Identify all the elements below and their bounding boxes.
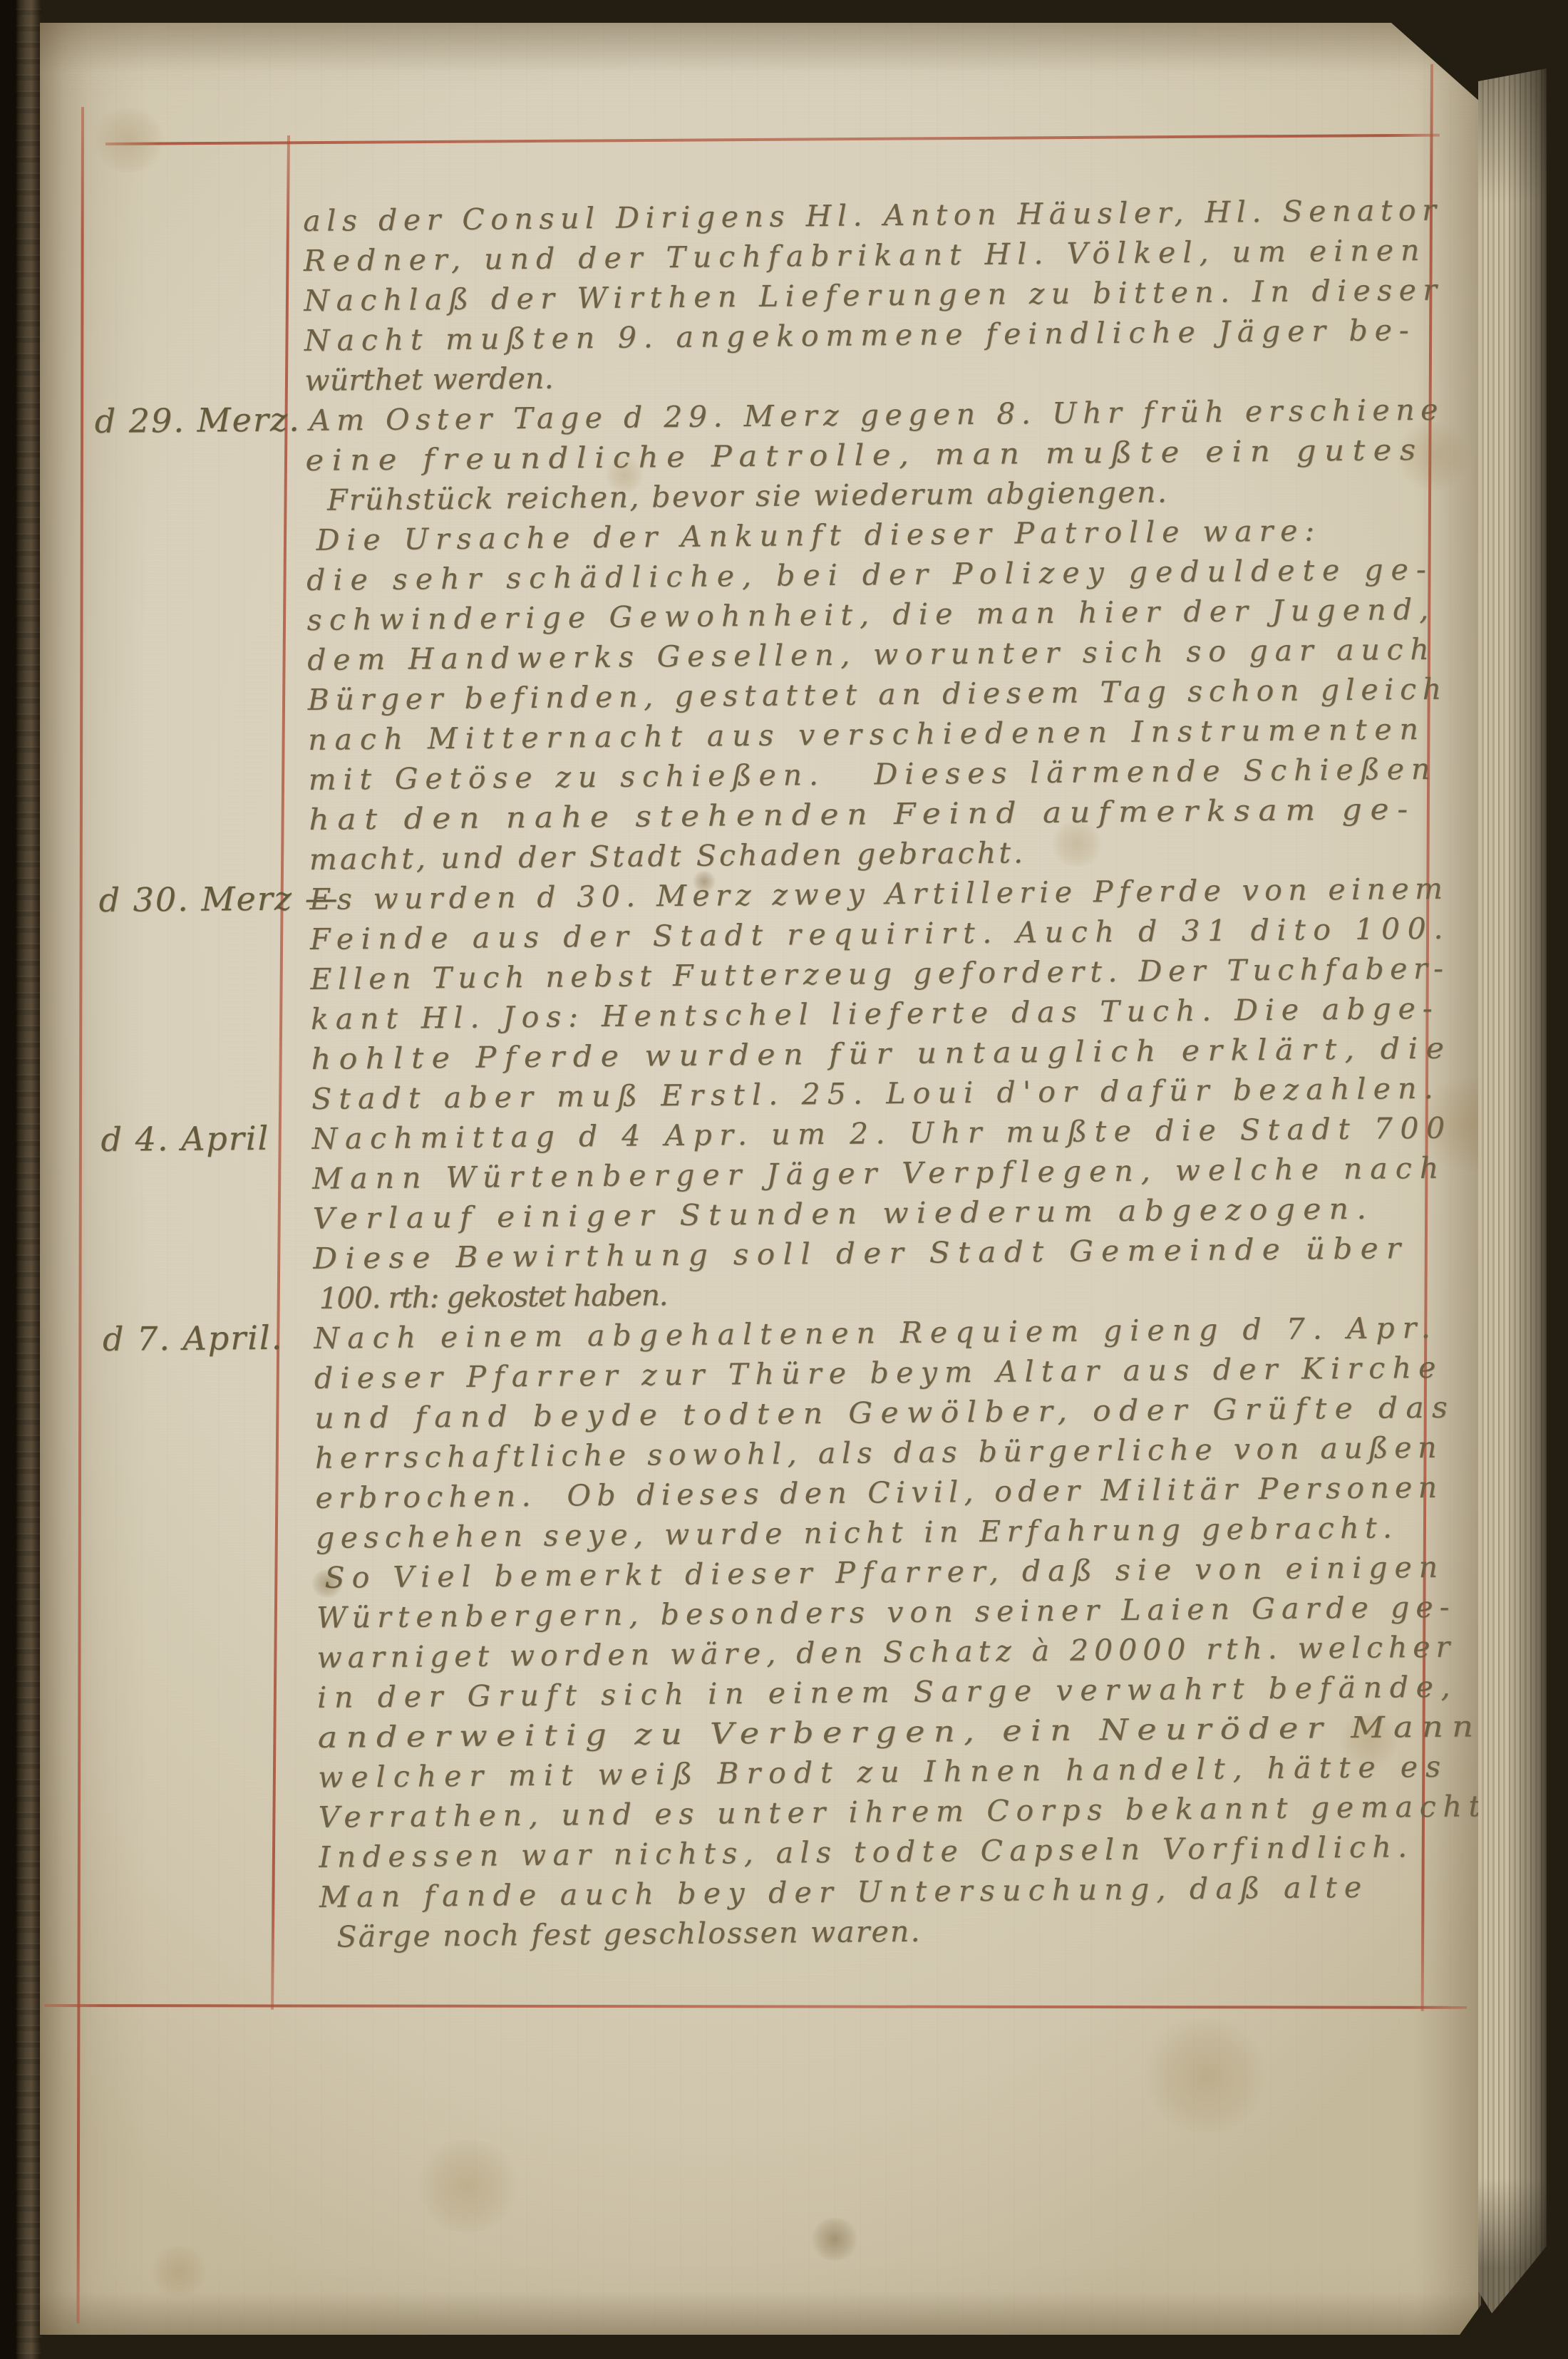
margin-date: d 7. April. — [103, 1318, 284, 1358]
margin-column: d 29. Merz.d 30. Merz —d 4. Aprild 7. Ap… — [86, 21, 306, 2004]
manuscript-line-text: macht, und der Stadt Schaden gebracht. — [309, 832, 1026, 879]
manuscript-line-text: 100. rth: gekostet haben. — [319, 1275, 668, 1318]
margin-date: d 30. Merz — — [98, 879, 339, 919]
manuscript-line-text: Särge noch fest geschlossen waren. — [336, 1911, 922, 1957]
book-scan: { "document": { "kind": "handwritten-chr… — [0, 0, 1568, 2359]
page-bottom-shade — [40, 2292, 1481, 2335]
margin-date: d 29. Merz. — [94, 400, 300, 440]
text-column: als der Consul Dirigens Hl. Anton Häusle… — [301, 12, 1453, 1957]
page-edge-shade — [1478, 68, 1547, 2313]
margin-date: d 4. April — [100, 1119, 269, 1159]
manuscript-page: d 29. Merz.d 30. Merz —d 4. Aprild 7. Ap… — [40, 23, 1481, 2335]
manuscript-line-text: würthet werden. — [304, 358, 554, 401]
book-spine-texture — [16, 0, 41, 2359]
